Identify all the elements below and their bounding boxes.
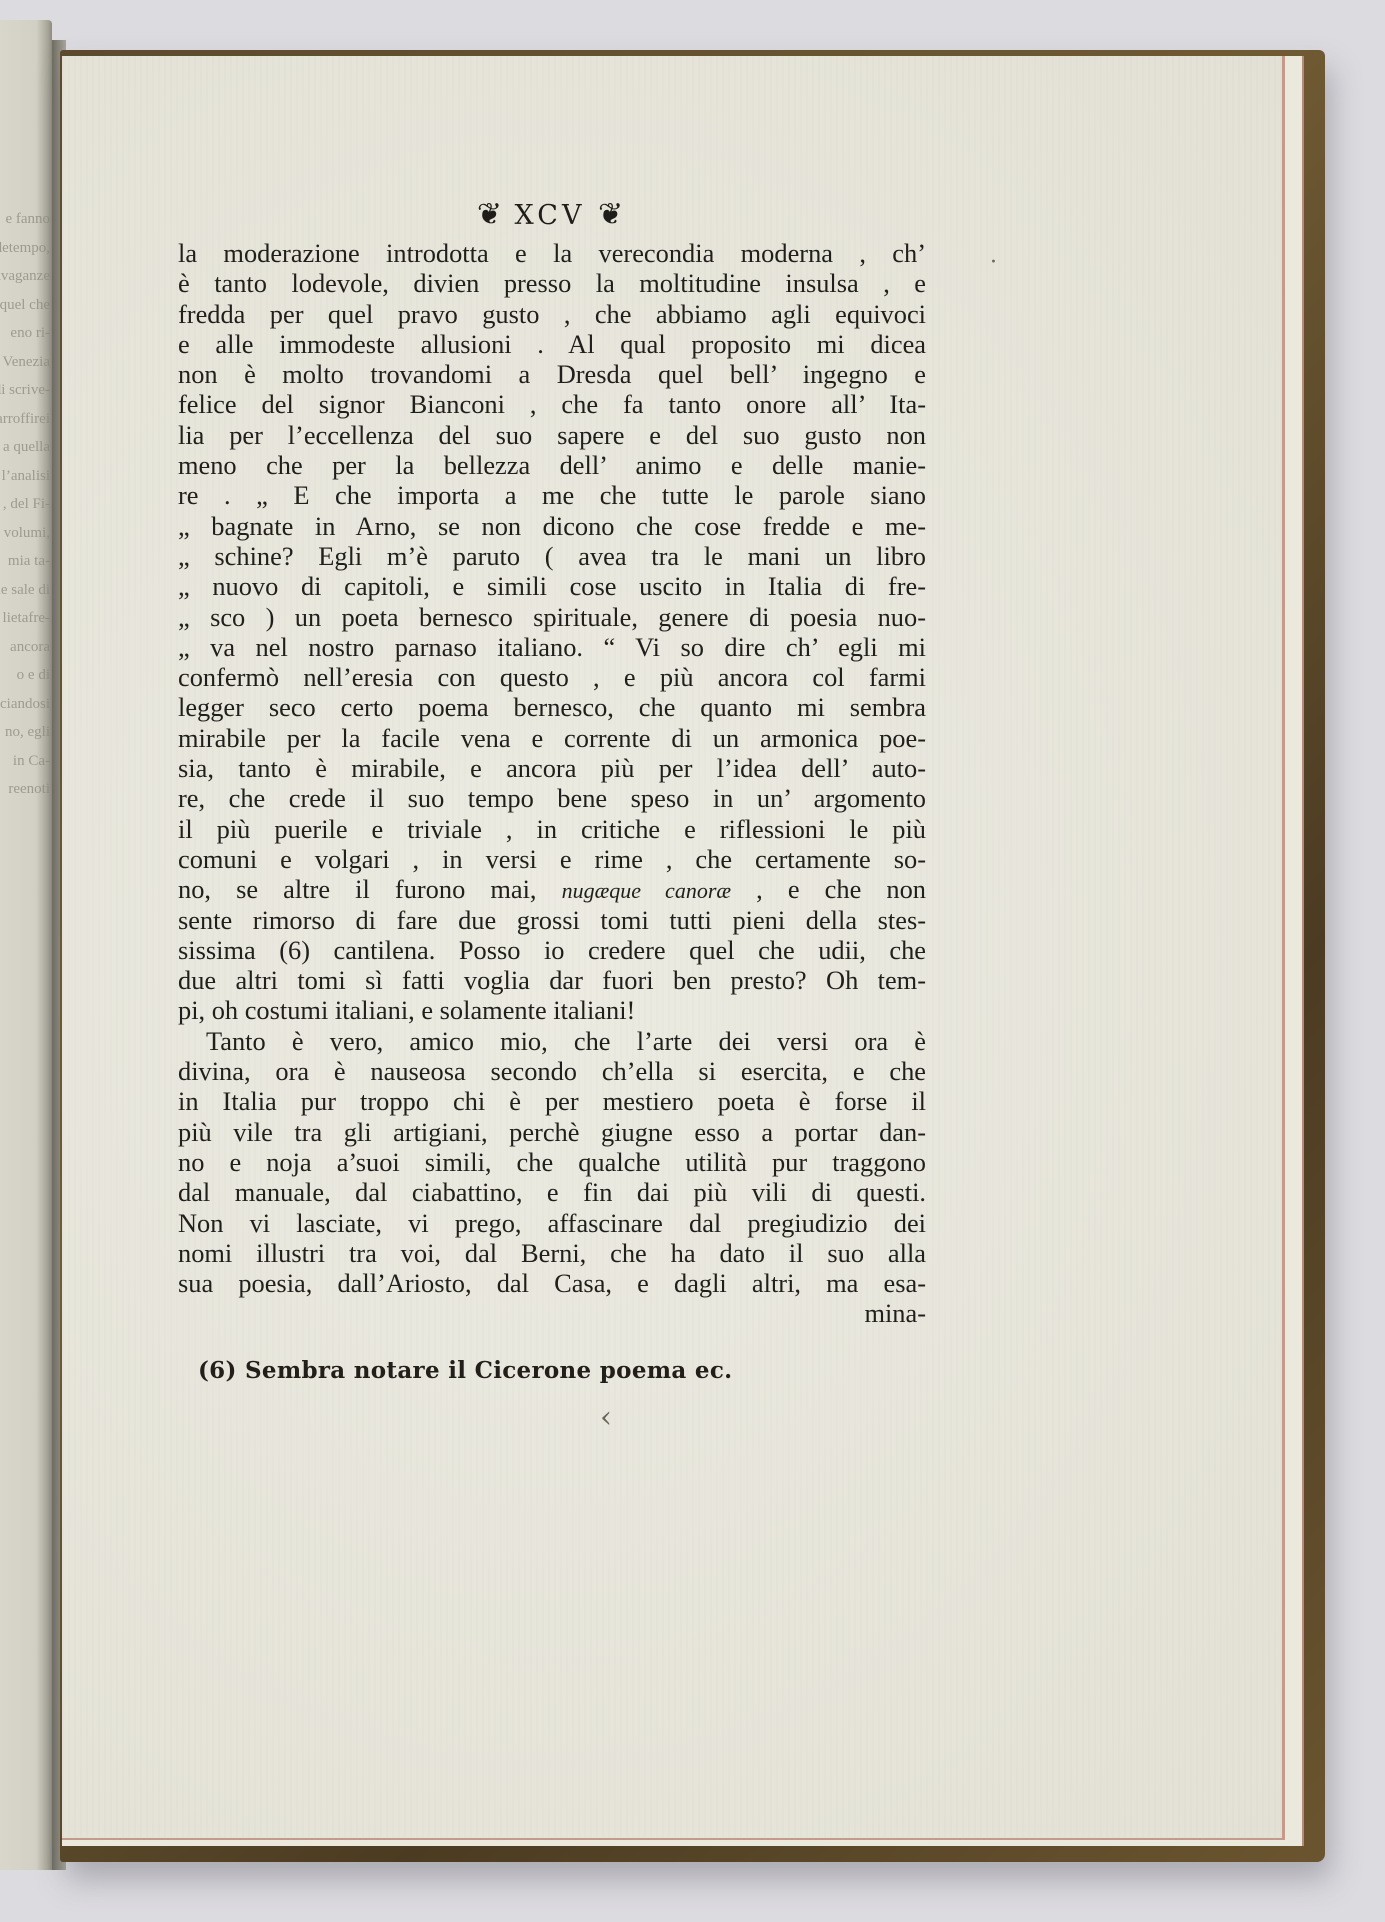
text-line: e alle immodeste allusioni . Al qual pro… [178,329,926,359]
text-line: „ bagnate in Arno, se non dicono che cos… [178,511,926,541]
catchword: mina- [178,1298,926,1328]
text-line: felice del signor Bianconi , che fa tant… [178,389,926,419]
text-line: nomi illustri tra voi, dal Berni, che ha… [178,1238,926,1268]
left-facing-page: e fanno detempo, avaganze quel che eno r… [0,20,52,1870]
text-line: mirabile per la facile vena e corrente d… [178,723,926,753]
text-line: no, se altre il furono mai, nugæque cano… [178,874,926,904]
text-line: divina, ora è nauseosa secondo ch’ella s… [178,1056,926,1086]
text-line: sia, tanto è mirabile, e ancora più per … [178,753,926,783]
text-line: Non vi lasciate, vi prego, affascinare d… [178,1208,926,1238]
text-line: re . „ E che importa a me che tutte le p… [178,480,926,510]
text-line: Tanto è vero, amico mio, che l’arte dei … [178,1026,926,1056]
text-line: „ va nel nostro parnaso italiano. “ Vi s… [178,632,926,662]
italic-quote: nugæque canoræ [562,878,731,903]
page-number: XCV [515,200,586,231]
text-line: due altri tomi sì fatti voglia dar fuori… [178,965,926,995]
text-line: „ schine? Egli m’è paruto ( avea tra le … [178,541,926,571]
text-line: meno che per la bellezza dell’ animo e d… [178,450,926,480]
text-line: sente rimorso di fare due grossi tomi tu… [178,905,926,935]
text-line: fredda per quel pravo gusto , che abbiam… [178,299,926,329]
fleuron-left-icon: ❦ [477,197,502,232]
text-line: sissima (6) cantilena. Posso io credere … [178,935,926,965]
text-line: „ nuovo di capitoli, e simili cose uscit… [178,571,926,601]
text-line: la moderazione introdotta e la verecondi… [178,238,926,268]
running-head: ❦ XCV ❦ [440,197,660,232]
footnote: (6) Sembra notare il Cicerone poema ec. [198,1357,732,1384]
text-line: in Italia pur troppo chi è per mestiero … [178,1086,926,1116]
text-line: re, che crede il suo tempo bene speso in… [178,783,926,813]
text-line: più vile tra gli artigiani, perchè giugn… [178,1117,926,1147]
body-text: la moderazione introdotta e la verecondi… [178,238,926,1329]
text-line: comuni e volgari , in versi e rime , che… [178,844,926,874]
text-line: il più puerile e triviale , in critiche … [178,814,926,844]
text-line: non è molto trovandomi a Dresda quel bel… [178,359,926,389]
text-line: lia per l’eccellenza del suo sapere e de… [178,420,926,450]
text-line: pi, oh costumi italiani, e solamente ita… [178,995,926,1025]
text-line: dal manuale, dal ciabattino, e fin dai p… [178,1177,926,1207]
text-line: confermò nell’eresia con questo , e più … [178,662,926,692]
fleuron-right-icon: ❦ [598,197,623,232]
text-line: „ sco ) un poeta bernesco spirituale, ge… [178,602,926,632]
text-line: è tanto lodevole, divien presso la molti… [178,268,926,298]
text-line: sua poesia, dall’Ariosto, dal Casa, e da… [178,1268,926,1298]
text-line: legger seco certo poema bernesco, che qu… [178,692,926,722]
left-page-bleed-text: e fanno detempo, avaganze quel che eno r… [0,205,50,804]
text-line: no e noja a’suoi simili, che qualche uti… [178,1147,926,1177]
ink-speck: · [990,250,997,275]
pencil-mark: ‹ [600,1400,612,1435]
